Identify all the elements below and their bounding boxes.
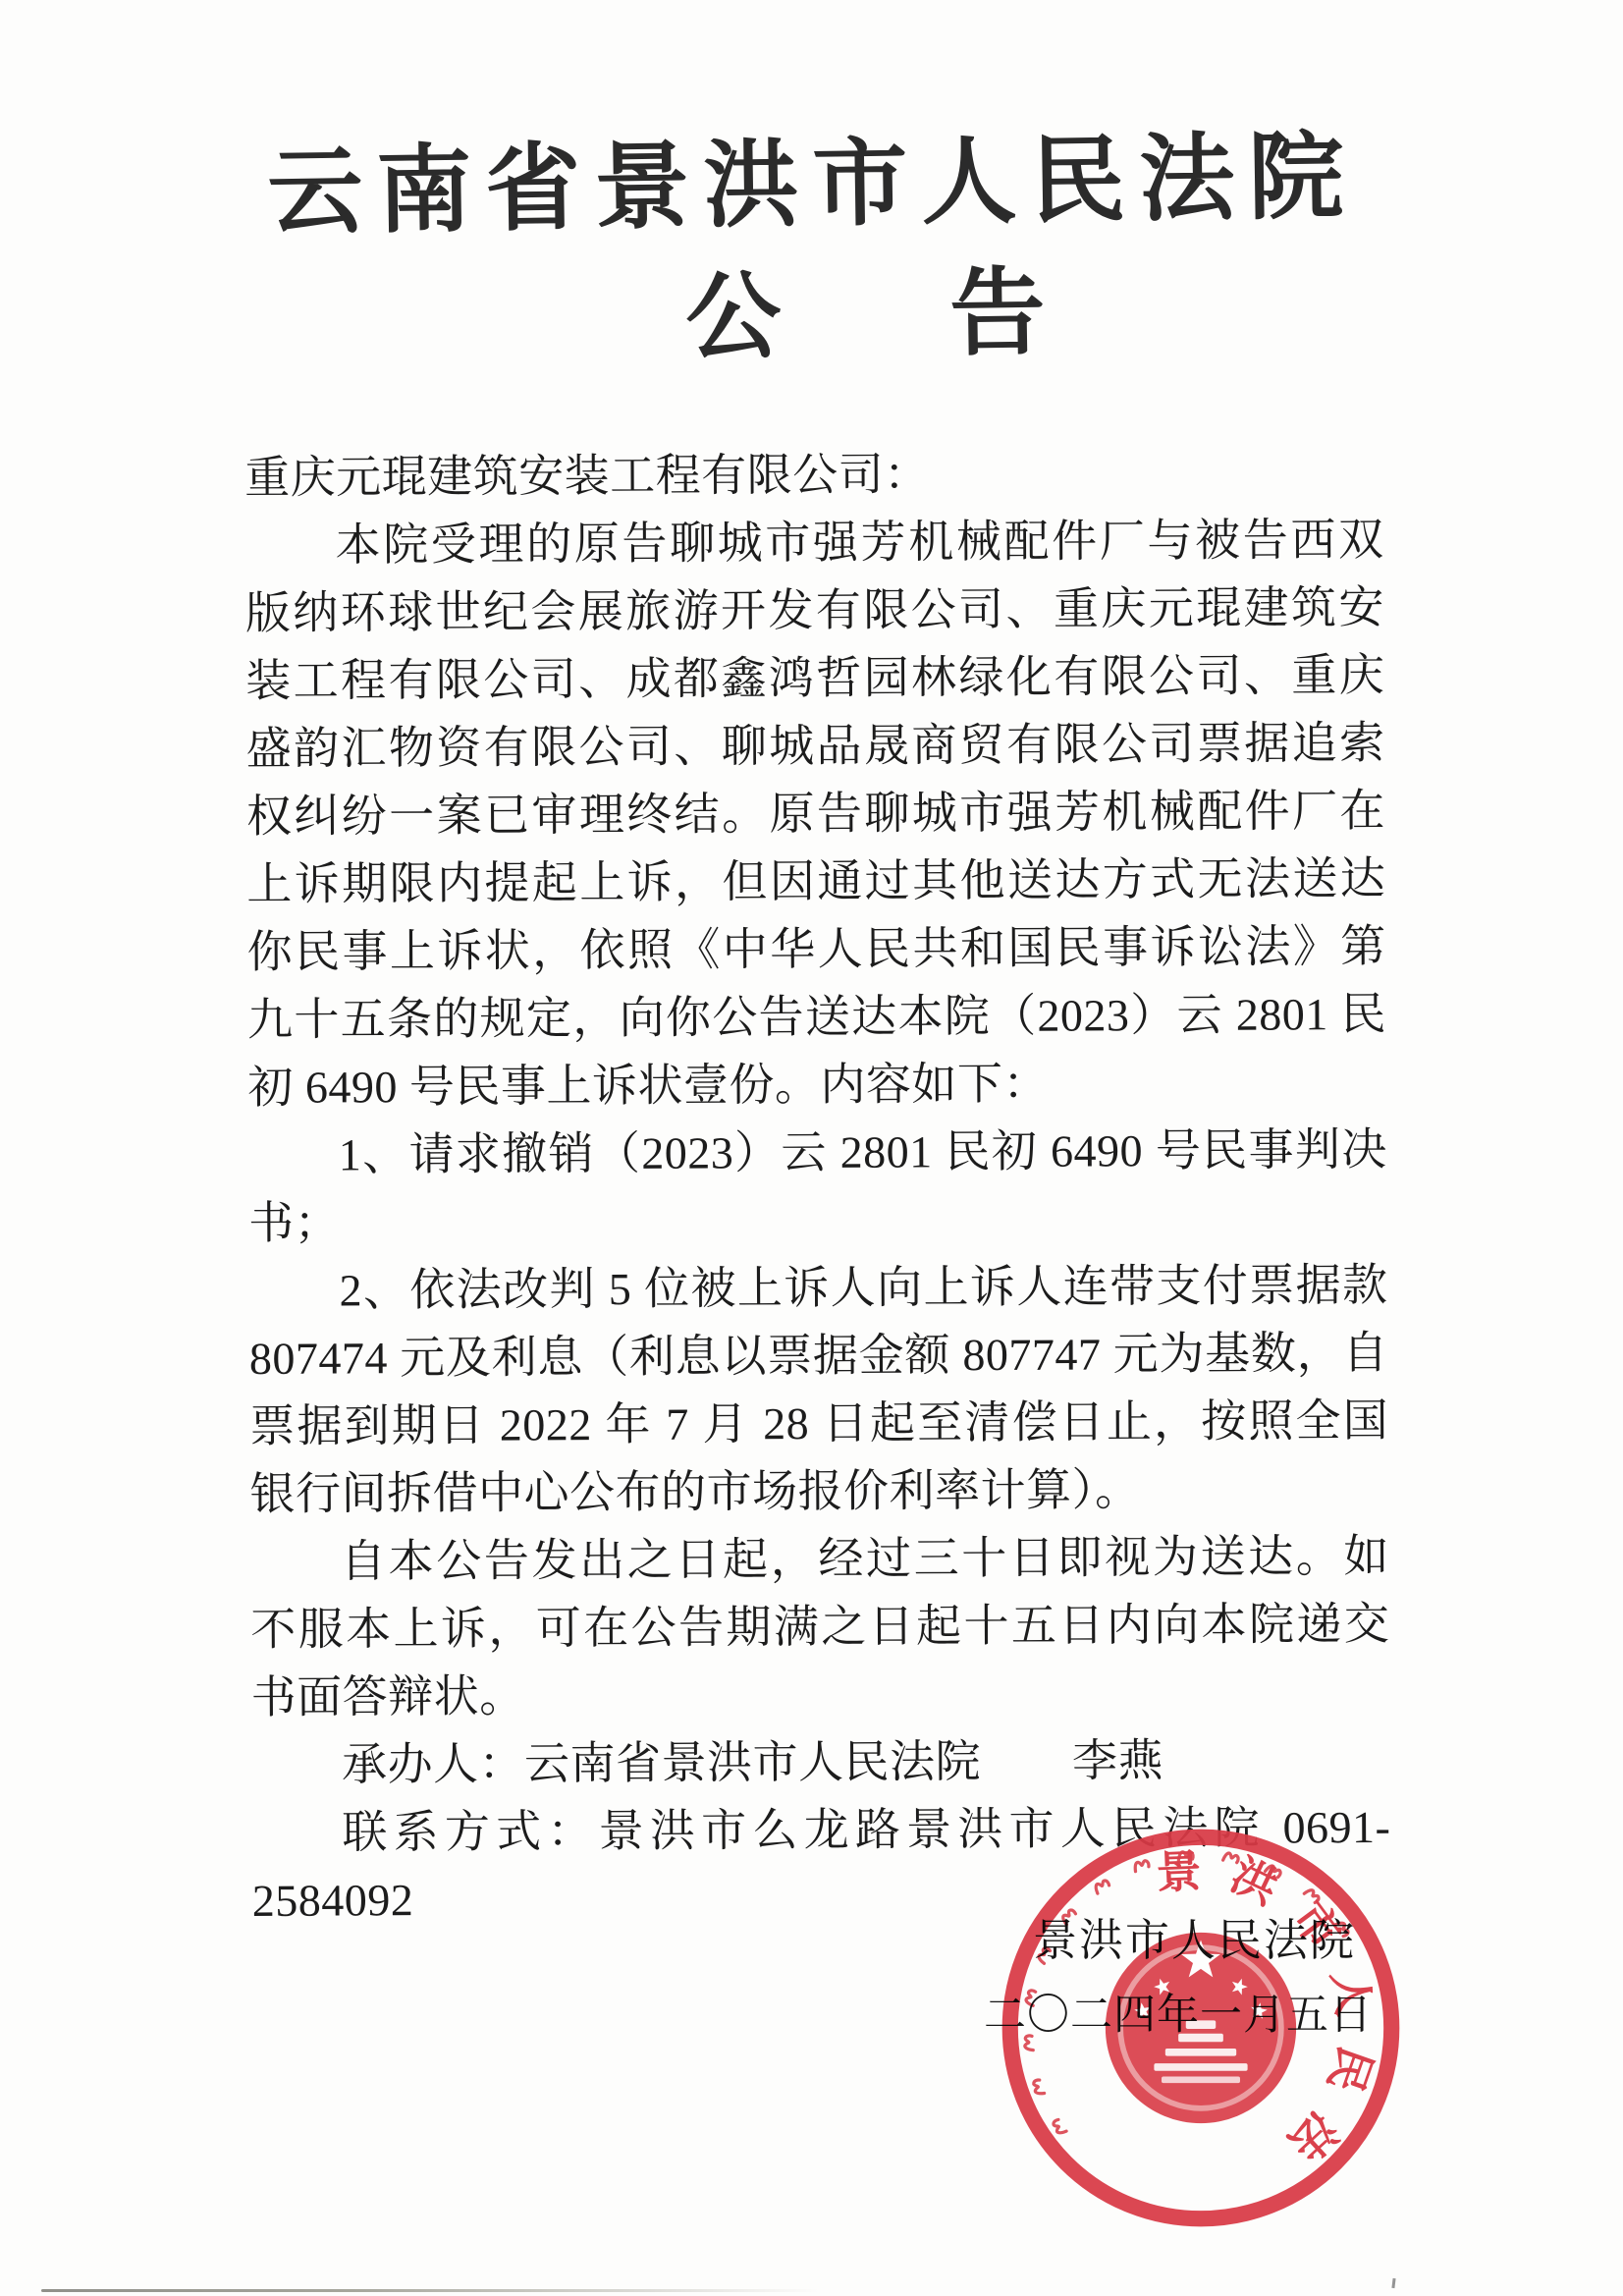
document-header: 云南省景洪市人民法院 公告 <box>0 114 1623 384</box>
document-body: 重庆元琨建筑安装工程有限公司： 本院受理的原告聊城市强芳机械配件厂与被告西双版纳… <box>244 438 1391 1935</box>
court-name-title: 云南省景洪市人民法院 <box>0 114 1623 257</box>
scanned-court-notice-page: 云南省景洪市人民法院 公告 重庆元琨建筑安装工程有限公司： 本院受理的原告聊城市… <box>0 0 1623 2296</box>
paragraph-handler: 承办人：云南省景洪市人民法院 李燕 <box>251 1725 1390 1799</box>
paragraph-claim-2: 2、依法改判 5 位被上诉人向上诉人连带支付票据款 807474 元及利息（利息… <box>248 1251 1388 1528</box>
paragraph-service-notice: 自本公告发出之日起，经过三十日即视为送达。如不服本上诉，可在公告期满之日起十五日… <box>250 1522 1390 1731</box>
paragraph-addressee: 重庆元琨建筑安装工程有限公司： <box>244 438 1383 512</box>
notice-title-char: 公 <box>685 265 783 371</box>
notice-title: 公告 <box>53 249 1623 383</box>
seal-date-text: 二〇二四年一月五日 <box>984 1995 1373 2037</box>
scan-artifact-mark <box>1391 2278 1395 2288</box>
scan-artifact-line <box>41 2289 819 2292</box>
notice-title-char: 告 <box>949 261 1047 367</box>
seal-court-name-text: 景洪市人民法院 <box>1033 1919 1356 1963</box>
paragraph-case-summary: 本院受理的原告聊城市强芳机械配件厂与被告西双版纳环球世纪会展旅游开发有限公司、重… <box>244 506 1386 1121</box>
paragraph-claim-1: 1、请求撤销（2023）云 2801 民初 6490 号民事判决书； <box>248 1116 1388 1257</box>
